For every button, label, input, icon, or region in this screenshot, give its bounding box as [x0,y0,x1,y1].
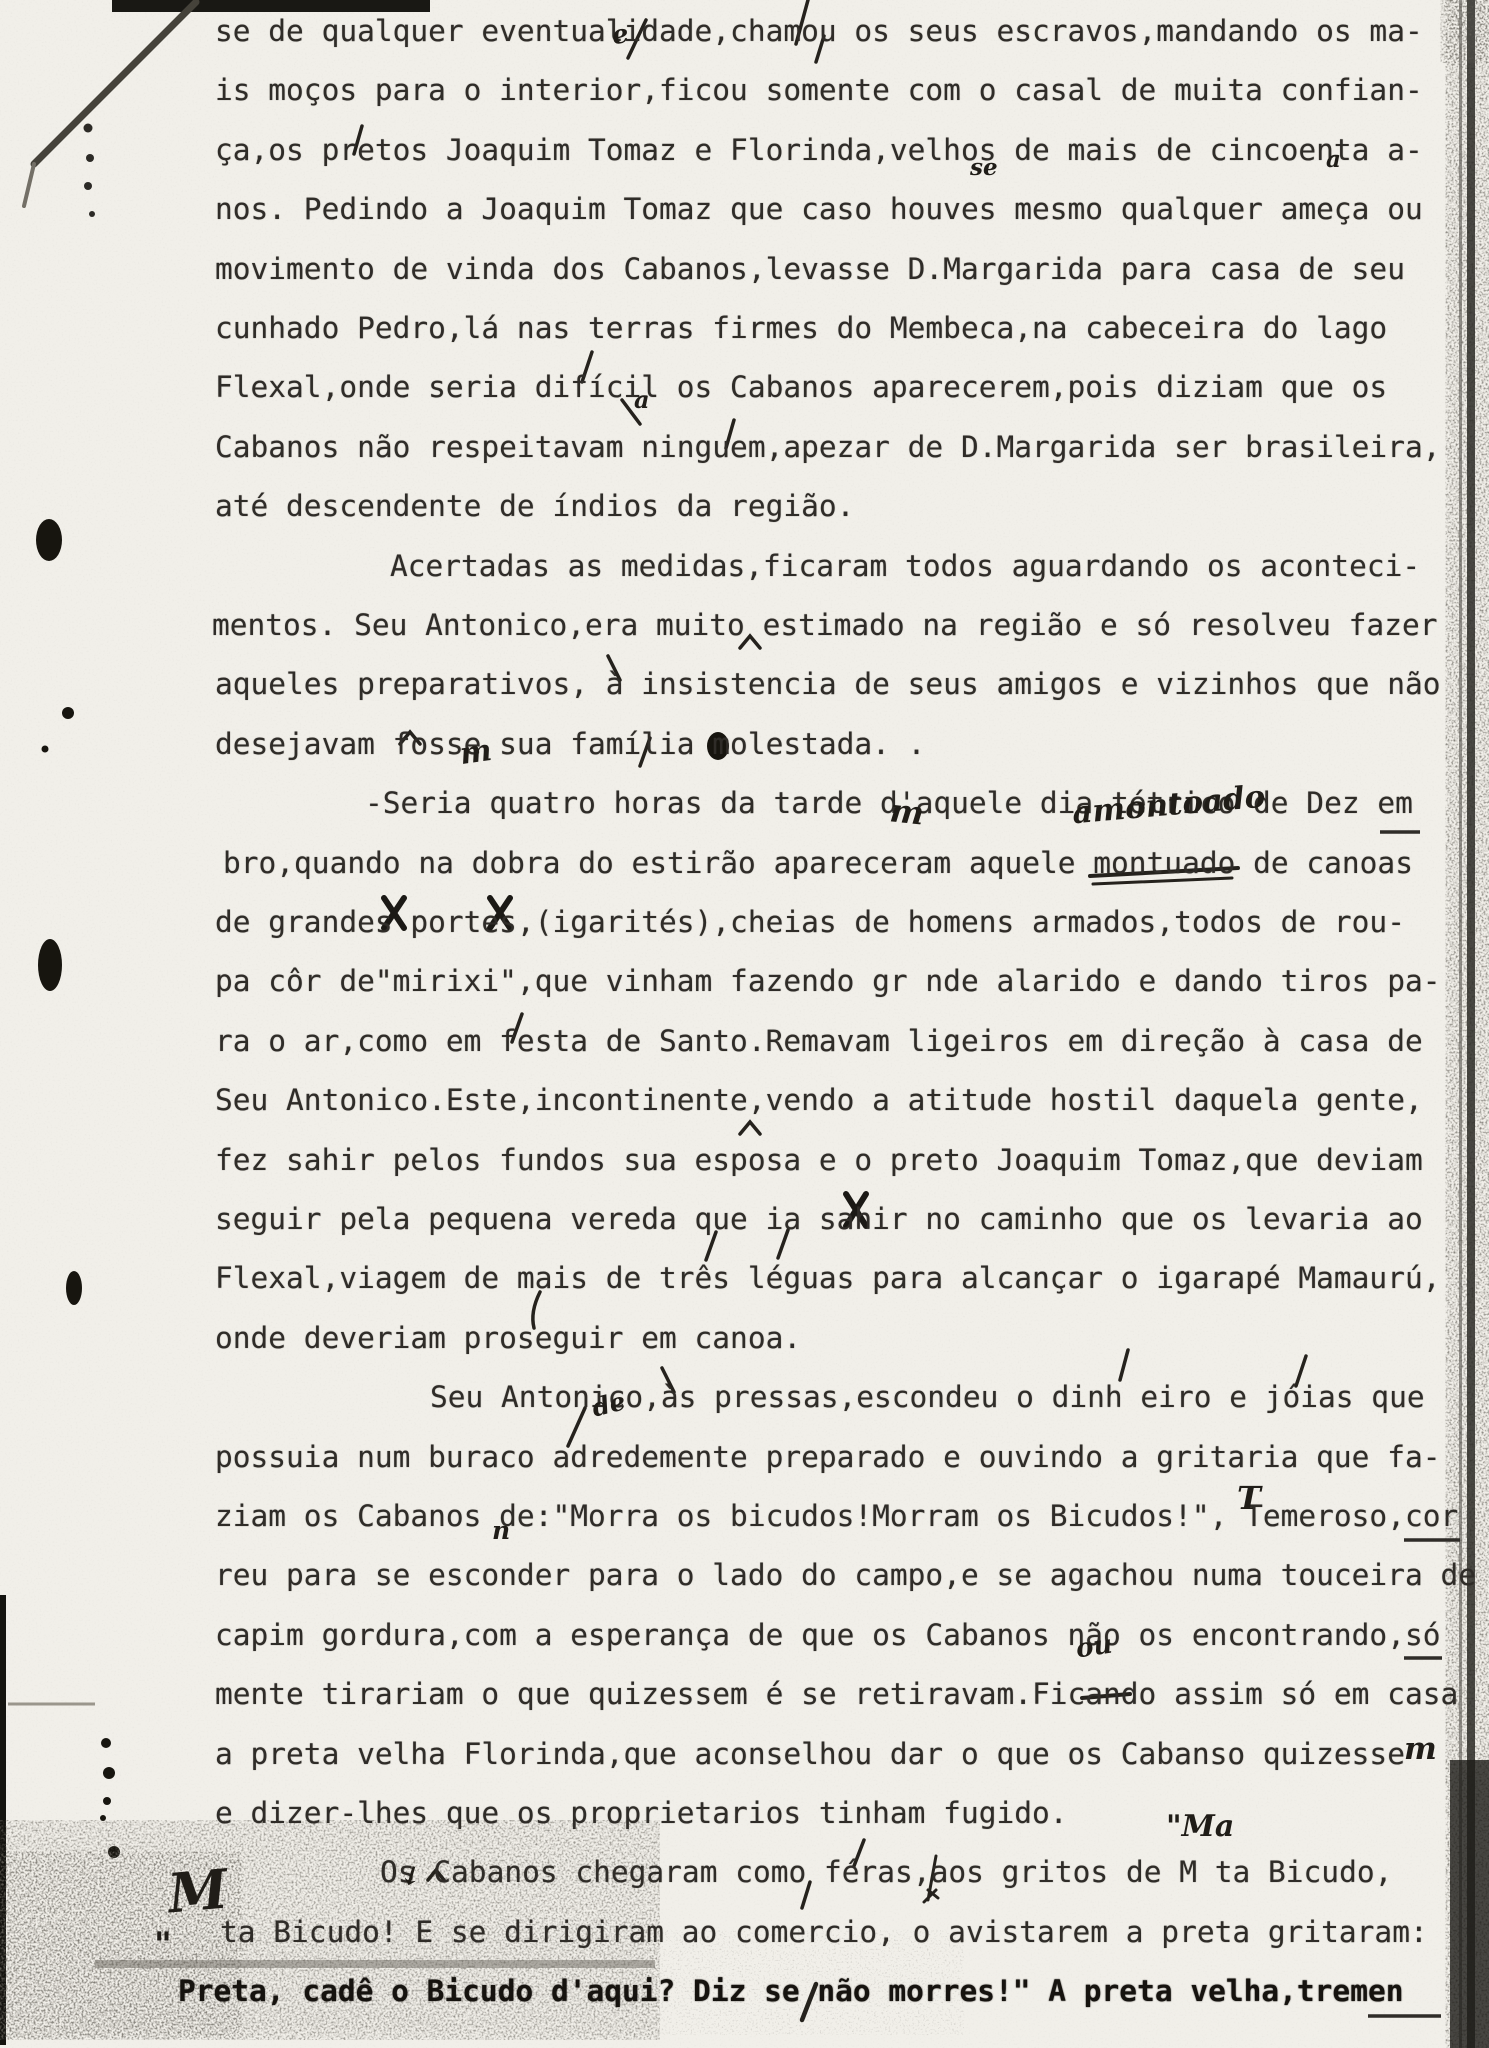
handwritten-correction-ficando: ou [1074,1632,1114,1663]
typed-line: Seu Antonico,às pressas,escondeu o dinh … [430,1380,1425,1414]
handwritten-quote-preta: " [154,1928,172,1962]
typed-line: is moços para o interior,ficou somente c… [215,73,1423,107]
handwritten-arrow: ↓ [397,1861,425,1892]
scan-artifacts [0,0,1489,2048]
typed-line: desejavam fosse sua família molestada. . [215,727,925,761]
typed-line: bro,quando na dobra do estirão aparecera… [223,846,1413,880]
handwritten-insert-houvesse: se [970,156,998,179]
typed-line: aqueles preparativos, à insistencia de s… [215,667,1440,701]
typed-line: até descendente de índios da região. [215,489,854,523]
typed-line: a preta velha Florinda,que aconselhou da… [215,1737,1405,1771]
handwritten-overwrite-temeroso: T [1237,1482,1261,1514]
typed-line: cunhado Pedro,lá nas terras firmes do Me… [215,311,1387,345]
typed-line: mente tirariam o que quizessem é se reti… [215,1677,1458,1711]
typed-line: Preta, cadê o Bicudo d'aqui? Diz se não … [178,1974,1403,2008]
typed-line: possuia num buraco adredemente preparado… [215,1440,1440,1474]
handwritten-word-amontoado: amontoado [1071,782,1267,830]
typed-line: Flexal,viagem de mais de três léguas par… [215,1261,1440,1295]
typed-line: de grandes portes,(igarités),cheias de h… [215,905,1405,939]
typed-line: ziam os Cabanos de:"Morra os bicudos!Mor… [215,1499,1458,1533]
typed-line: Cabanos não respeitavam ninguem,apezar d… [215,430,1440,464]
typed-line: onde deveriam proseguir em canoa. [215,1321,801,1355]
typed-line: seguir pela pequena vereda que ia sahir … [215,1202,1423,1236]
typed-line: ta Bicudo! E se dirigiram ao comercio, o… [220,1915,1428,1949]
right-scan-band [1443,0,1489,2048]
typed-line: -Seria quatro horas da tarde d'aquele di… [365,786,1413,820]
handwritten-insert-adrede: de [589,1388,627,1420]
typed-line: reu para se esconder para o lado do camp… [215,1558,1476,1592]
typed-line: Flexal,onde seria difícil os Cabanos apa… [215,370,1387,404]
handwritten-insert-respeitavam: a [634,388,650,412]
typed-line: fez sahir pelos fundos sua esposa e o pr… [215,1143,1423,1177]
left-scan-border [0,1595,6,2045]
typed-line: Acertadas as medidas,ficaram todos aguar… [390,549,1420,583]
handwritten-insert-interior: e [610,21,631,49]
handwritten-overwrite-mata-line33: M [166,1861,230,1920]
pen-marks [354,0,1306,2020]
underlines [1368,832,1460,2016]
typed-line: capim gordura,com a esperança de que os … [215,1618,1440,1652]
typed-line: ra o ar,como em festa de Santo.Remavam l… [215,1024,1423,1058]
typed-line: e dizer-lhes que os proprietarios tinham… [215,1796,1068,1830]
ink-blobs [36,519,729,1858]
handwritten-overwrite-mata-line32: "Ma [1166,1812,1234,1842]
handwritten-insert-ameaca: a [1326,148,1341,171]
typed-line: mentos. Seu Antonico,era muito estimado … [212,608,1437,642]
bottom-left-grain [0,1830,920,2030]
typed-line: Os Cabanos chegaram como féras,aos grito… [380,1855,1392,1889]
crossout-x-marks [384,898,866,1226]
handwritten-insert-esconder: n [492,1518,510,1543]
scanned-typescript-page: se de qualquer eventualidade,chamou os s… [0,0,1489,2048]
typed-text-layer: se de qualquer eventualidade,chamou os s… [0,0,1489,2048]
typed-line: pa côr de"mirixi",que vinham fazendo gr … [215,964,1440,998]
typed-line: Seu Antonico.Este,incontinente,vendo a a… [215,1083,1423,1117]
handwritten-insert-apareceram: m [888,794,925,829]
typed-line: se de qualquer eventualidade,chamou os s… [215,14,1423,48]
handwritten-insert-quizessem: m [1404,1734,1437,1765]
paper-grain [0,0,1489,2048]
handwritten-annotations: e se a a m amontoado m de T n ou m "Ma M… [0,0,1489,2048]
corner-artifacts [24,0,430,217]
handwritten-insert-seriam: m [458,736,494,770]
typed-line: ça,os pretos Joaquim Tomaz e Florinda,ve… [215,133,1423,167]
typed-line: nos. Pedindo a Joaquim Tomaz que caso ho… [215,192,1423,226]
typed-line: movimento de vinda dos Cabanos,levasse D… [215,252,1405,286]
